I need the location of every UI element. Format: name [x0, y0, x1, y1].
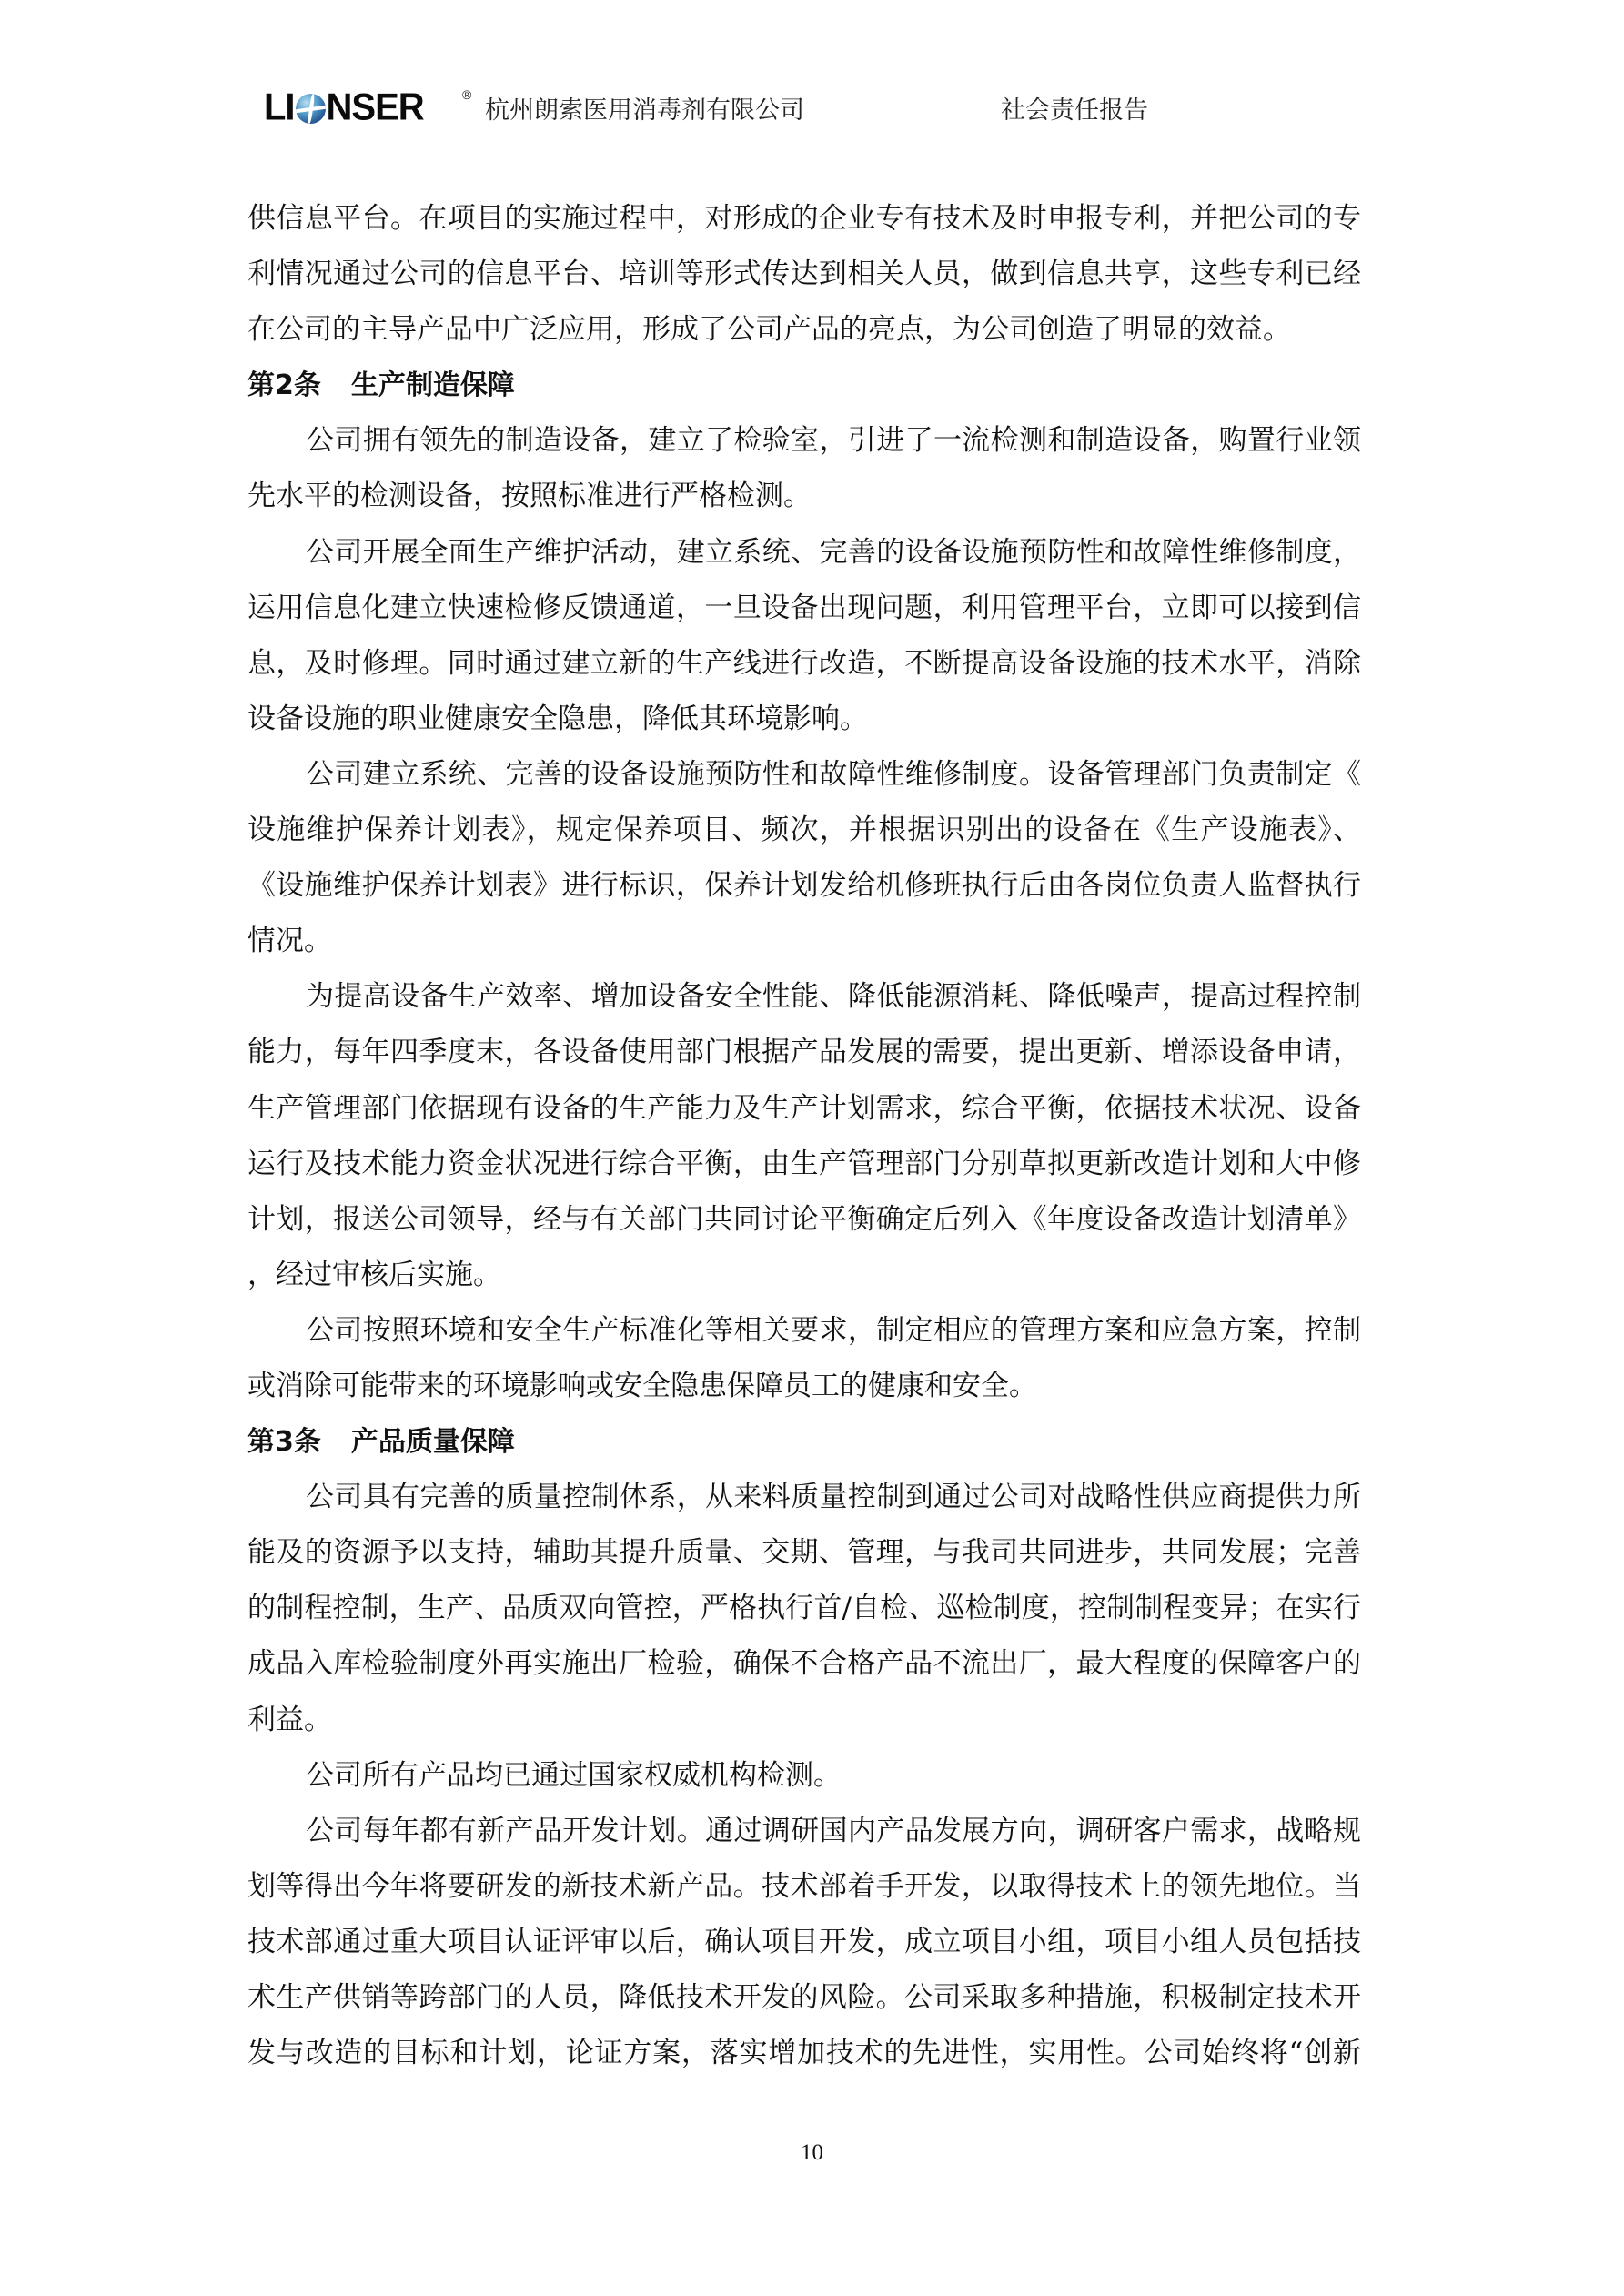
logo-text-right: NSER	[327, 90, 424, 125]
paragraph-line: 划等得出今年将要研发的新技术新产品。技术部着手开发，以取得技术上的领先地位。当	[247, 1859, 1361, 1915]
paragraph-line: 公司每年都有新产品开发计划。通过调研国内产品发展方向，调研客户需求，战略规	[247, 1804, 1361, 1859]
paragraph-line: 成品入库检验制度外再实施出厂检验，确保不合格产品不流出厂，最大程度的保障客户的	[247, 1636, 1361, 1692]
section-title: 产品质量保障	[351, 1426, 515, 1458]
paragraph-line: 运行及技术能力资金状况进行综合平衡，由生产管理部门分别草拟更新改造计划和大中修	[247, 1137, 1361, 1192]
page-header: LI NSER ® 杭州朗索医用消毒剂有限公司 社会责任报告	[264, 87, 1174, 129]
paragraph-line: 的制程控制，生产、品质双向管控，严格执行首/自检、巡检制度，控制制程变异；在实行	[247, 1581, 1361, 1636]
paragraph-line: 公司具有完善的质量控制体系，从来料质量控制到通过公司对战略性供应商提供力所	[247, 1470, 1361, 1525]
globe-icon	[296, 94, 326, 124]
company-name: 杭州朗索医用消毒剂有限公司	[485, 96, 804, 126]
paragraph-line: 运用信息化建立快速检修反馈通道，一旦设备出现问题，利用管理平台，立即可以接到信	[247, 581, 1361, 636]
paragraph-line: 发与改造的目标和计划，论证方案，落实增加技术的先进性，实用性。公司始终将“创新	[247, 2026, 1361, 2081]
paragraph-line: ，经过审核后实施。	[247, 1248, 1361, 1303]
paragraph-line: 或消除可能带来的环境影响或安全隐患保障员工的健康和安全。	[247, 1359, 1361, 1414]
paragraph-line: 能力，每年四季度末，各设备使用部门根据产品发展的需要，提出更新、增添设备申请，	[247, 1025, 1361, 1080]
report-title: 社会责任报告	[1001, 96, 1148, 126]
section-number: 第3条	[247, 1426, 321, 1458]
paragraph-line: 利情况通过公司的信息平台、培训等形式传达到相关人员，做到信息共享，这些专利已经	[247, 247, 1361, 302]
paragraph-line: 计划，报送公司领导，经与有关部门共同讨论平衡确定后列入《年度设备改造计划清单》	[247, 1192, 1361, 1248]
section-heading: 第2条生产制造保障	[247, 358, 1361, 413]
paragraph-line: 公司建立系统、完善的设备设施预防性和故障性维修制度。设备管理部门负责制定《	[247, 747, 1361, 803]
paragraph-line: 能及的资源予以支持，辅助其提升质量、交期、管理，与我司共同进步，共同发展；完善	[247, 1525, 1361, 1581]
document-page: LI NSER ® 杭州朗索医用消毒剂有限公司 社会责任报告 供信息平台。在项目…	[0, 0, 1624, 2296]
paragraph-line: 生产管理部门依据现有设备的生产能力及生产计划需求，综合平衡，依据技术状况、设备	[247, 1081, 1361, 1137]
section-heading: 第3条产品质量保障	[247, 1414, 1361, 1470]
paragraph-line: 术生产供销等跨部门的人员，降低技术开发的风险。公司采取多种措施，积极制定技术开	[247, 1970, 1361, 2026]
paragraph-line: 技术部通过重大项目认证评审以后，确认项目开发，成立项目小组，项目小组人员包括技	[247, 1915, 1361, 1970]
company-logo: LI NSER ®	[264, 91, 475, 124]
registered-mark: ®	[462, 87, 471, 102]
paragraph-line: 先水平的检测设备，按照标准进行严格检测。	[247, 469, 1361, 524]
paragraph-line: 公司拥有领先的制造设备，建立了检验室，引进了一流检测和制造设备，购置行业领	[247, 413, 1361, 469]
paragraph-line: 公司按照环境和安全生产标准化等相关要求，制定相应的管理方案和应急方案，控制	[247, 1303, 1361, 1359]
paragraph-line: 《设施维护保养计划表》进行标识，保养计划发给机修班执行后由各岗位负责人监督执行	[247, 858, 1361, 914]
paragraph-line: 在公司的主导产品中广泛应用，形成了公司产品的亮点，为公司创造了明显的效益。	[247, 302, 1361, 358]
section-number: 第2条	[247, 369, 321, 401]
document-body: 供信息平台。在项目的实施过程中，对形成的企业专有技术及时申报专利，并把公司的专利…	[247, 191, 1361, 2081]
page-number: 10	[0, 2140, 1624, 2166]
paragraph-line: 为提高设备生产效率、增加设备安全性能、降低能源消耗、降低噪声，提高过程控制	[247, 969, 1361, 1025]
paragraph-line: 息，及时修理。同时通过建立新的生产线进行改造，不断提高设备设施的技术水平，消除	[247, 636, 1361, 692]
paragraph-line: 设施维护保养计划表》，规定保养项目、频次，并根据识别出的设备在《生产设施表》、	[247, 803, 1361, 858]
paragraph-line: 设备设施的职业健康安全隐患，降低其环境影响。	[247, 692, 1361, 747]
paragraph-line: 公司开展全面生产维护活动，建立系统、完善的设备设施预防性和故障性维修制度，	[247, 525, 1361, 581]
paragraph-line: 情况。	[247, 914, 1361, 969]
section-title: 生产制造保障	[351, 369, 515, 401]
paragraph-line: 利益。	[247, 1693, 1361, 1748]
logo-text-left: LI	[264, 90, 295, 125]
paragraph-line: 公司所有产品均已通过国家权威机构检测。	[247, 1748, 1361, 1804]
paragraph-line: 供信息平台。在项目的实施过程中，对形成的企业专有技术及时申报专利，并把公司的专	[247, 191, 1361, 247]
